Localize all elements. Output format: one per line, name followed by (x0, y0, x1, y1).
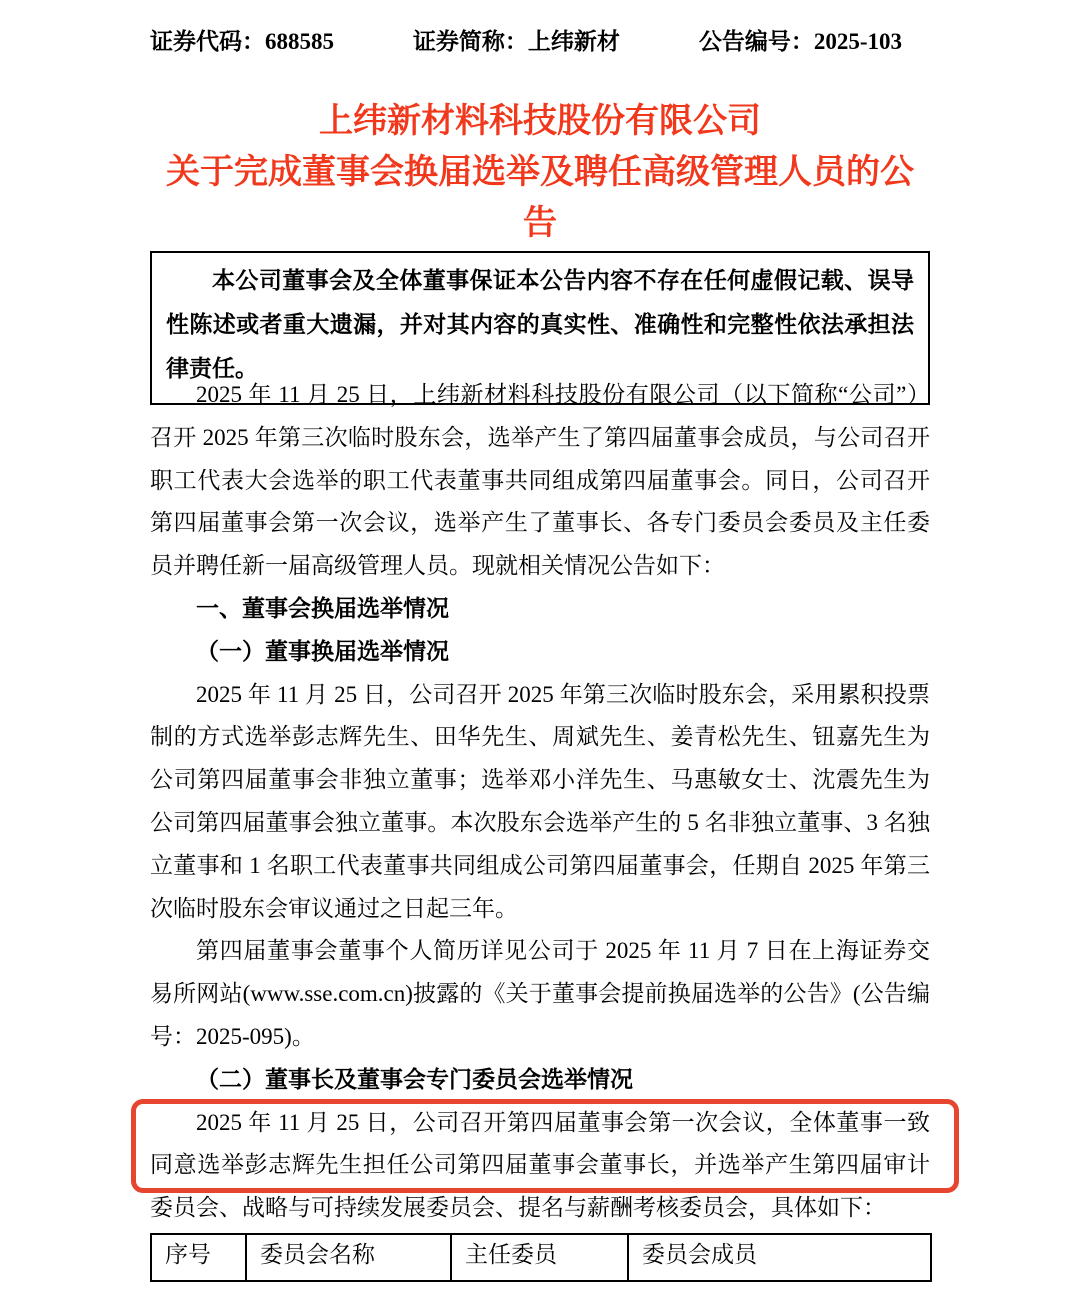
committee-table: 序号 委员会名称 主任委员 委员会成员 (150, 1233, 932, 1282)
subsection-heading-chairman-committee: （二）董事长及董事会专门委员会选举情况 (150, 1059, 930, 1102)
subsection-heading-director-election: （一）董事换届选举情况 (150, 631, 930, 674)
paragraph-director-election-detail: 2025 年 11 月 25 日，公司召开 2025 年第三次临时股东会，采用累… (150, 674, 930, 931)
disclaimer-text: 本公司董事会及全体董事保证本公告内容不存在任何虚假记载、误导性陈述或者重大遗漏，… (166, 259, 914, 391)
announcement-page: 证券代码：688585 证券简称：上纬新材 公告编号：2025-103 上纬新材… (0, 0, 1080, 1308)
col-header-committee-members: 委员会成员 (628, 1234, 931, 1281)
col-header-chair-member: 主任委员 (451, 1234, 628, 1281)
paragraph-resume-reference: 第四届董事会董事个人简历详见公司于 2025 年 11 月 7 日在上海证券交易… (150, 930, 930, 1058)
col-header-index: 序号 (151, 1234, 246, 1281)
announcement-title: 关于完成董事会换届选举及聘任高级管理人员的公告 (154, 147, 926, 249)
doc-header: 证券代码：688585 证券简称：上纬新材 公告编号：2025-103 (150, 27, 902, 57)
stock-name: 证券简称：上纬新材 (413, 27, 620, 57)
stock-code: 证券代码：688585 (150, 27, 334, 57)
announcement-number: 公告编号：2025-103 (699, 27, 902, 57)
col-header-committee-name: 委员会名称 (246, 1234, 451, 1281)
company-name: 上纬新材料科技股份有限公司 (0, 96, 1080, 147)
paragraph-meeting-overview: 2025 年 11 月 25 日，上纬新材料科技股份有限公司（以下简称“公司”）… (150, 374, 930, 588)
paragraph-chairman-election: 2025 年 11 月 25 日，公司召开第四届董事会第一次会议，全体董事一致同… (150, 1102, 930, 1230)
section-heading-board-election: 一、董事会换届选举情况 (150, 588, 930, 631)
title-block: 上纬新材料科技股份有限公司 关于完成董事会换届选举及聘任高级管理人员的公告 (0, 96, 1080, 249)
document-body: 2025 年 11 月 25 日，上纬新材料科技股份有限公司（以下简称“公司”）… (150, 374, 930, 1230)
committee-table-header-row: 序号 委员会名称 主任委员 委员会成员 (151, 1234, 931, 1281)
